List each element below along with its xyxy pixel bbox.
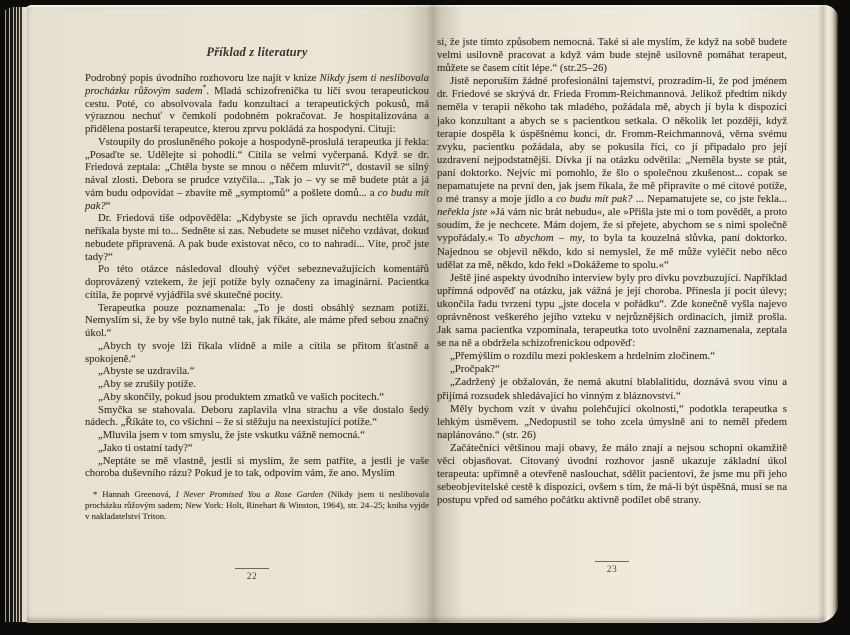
text-segment: “: [106, 200, 111, 212]
text-segment: „Přemýšlím o rozdílu mezi pokleskem a hr…: [450, 350, 715, 362]
text-segment: I Never Promised You a Rose Garden: [176, 489, 323, 499]
left-page: Příklad z literatury Podrobný popis úvod…: [85, 44, 429, 521]
text-segment: „Pročpak?“: [450, 363, 500, 375]
text-segment: ... Nepamatujete se, co jste řekla...: [633, 193, 787, 205]
paragraph: Začátečníci většinou mají obavy, že málo…: [437, 442, 787, 507]
text-segment: „Aby se zrušily potíže.: [98, 378, 196, 390]
paragraph: si, že jste tímto způsobem nemocná. Také…: [437, 36, 787, 75]
paragraph: „Abyste se uzdravila.“: [85, 365, 429, 378]
text-segment: abychom – my: [515, 232, 583, 244]
text-segment: si, že jste tímto způsobem nemocná. Také…: [437, 36, 787, 74]
page-number-rule: [235, 568, 269, 569]
text-segment: Začátečníci většinou mají obavy, že málo…: [437, 442, 787, 506]
page-number-rule: [595, 561, 629, 562]
paragraph: Podrobný popis úvodního rozhovoru lze na…: [85, 72, 429, 136]
text-segment: „Mluvila jsem v tom smyslu, že jste vsku…: [98, 429, 365, 441]
section-heading: Příklad z literatury: [85, 44, 429, 60]
text-segment: „Aby skončily, pokud jsou produktem zmat…: [98, 391, 384, 403]
paragraph: Dr. Friedová tiše odpověděla: „Kdybyste …: [85, 212, 429, 263]
page-number-value: 22: [222, 572, 282, 582]
footnote: * Hannah Greenová, I Never Promised You …: [85, 489, 429, 521]
paragraph: Terapeutka pouze poznamenala: „To je dos…: [85, 302, 429, 340]
page-number-left: 22: [222, 568, 282, 582]
paragraph: Smyčka se stahovala. Deboru zaplavila vl…: [85, 404, 429, 430]
right-page: si, že jste tímto způsobem nemocná. Také…: [437, 36, 787, 507]
paragraph: Ještě jiné aspekty úvodního interview by…: [437, 272, 787, 351]
text-segment: Smyčka se stahovala. Deboru zaplavila vl…: [85, 404, 429, 429]
text-segment: neřekla jste: [437, 206, 487, 218]
paragraph: Vstoupily do prosluněného pokoje a hospo…: [85, 136, 429, 213]
paragraph: „Aby skončily, pokud jsou produktem zmat…: [85, 391, 429, 404]
text-segment: co budu mít pak?: [556, 193, 632, 205]
text-segment: * Hannah Greenová,: [93, 489, 176, 499]
text-segment: „Abyste se uzdravila.“: [98, 365, 194, 377]
page-edge-stack-left: [0, 7, 27, 622]
paragraph: Měly bychom vzít v úvahu polehčující oko…: [437, 403, 787, 442]
text-segment: Dr. Friedová tiše odpověděla: „Kdybyste …: [85, 212, 429, 262]
paragraph: „Mluvila jsem v tom smyslu, že jste vsku…: [85, 429, 429, 442]
paragraph: „Neptáte se mě vlastně, jestli si myslím…: [85, 455, 429, 481]
paragraph: „Pročpak?“: [437, 363, 787, 376]
text-segment: „Jako ti ostatní tady?“: [98, 442, 193, 454]
paragraph: „Aby se zrušily potíže.: [85, 378, 429, 391]
text-segment: Terapeutka pouze poznamenala: „To je dos…: [85, 302, 429, 340]
right-page-text: si, že jste tímto způsobem nemocná. Také…: [437, 36, 787, 507]
text-segment: „Neptáte se mě vlastně, jestli si myslím…: [85, 455, 429, 480]
text-segment: Měly bychom vzít v úvahu polehčující oko…: [437, 403, 787, 441]
book-scan: Příklad z literatury Podrobný popis úvod…: [0, 0, 850, 635]
text-segment: „Zadržený je obžalován, že nemá akutní b…: [437, 376, 787, 401]
paragraph: * Hannah Greenová, I Never Promised You …: [85, 489, 429, 521]
page-number-right: 23: [582, 561, 642, 575]
paragraph: „Zadržený je obžalován, že nemá akutní b…: [437, 376, 787, 402]
paragraph: Po této otázce následoval dlouhý výčet s…: [85, 263, 429, 301]
paragraph: „Přemýšlím o rozdílu mezi pokleskem a hr…: [437, 350, 787, 363]
paragraph: „Jako ti ostatní tady?“: [85, 442, 429, 455]
text-segment: „Abych ty svoje lži říkala vlídně a mile…: [85, 340, 429, 365]
text-segment: Ještě jiné aspekty úvodního interview by…: [437, 272, 787, 349]
page-number-value: 23: [582, 565, 642, 575]
paragraph: Jistě neporuším žádné profesionální taje…: [437, 75, 787, 271]
left-page-text: Podrobný popis úvodního rozhovoru lze na…: [85, 72, 429, 480]
text-segment: Po této otázce následoval dlouhý výčet s…: [85, 263, 429, 301]
page-edge-right: [818, 5, 838, 623]
text-segment: Jistě neporuším žádné profesionální taje…: [437, 75, 787, 205]
paragraph: „Abych ty svoje lži říkala vlídně a mile…: [85, 340, 429, 366]
